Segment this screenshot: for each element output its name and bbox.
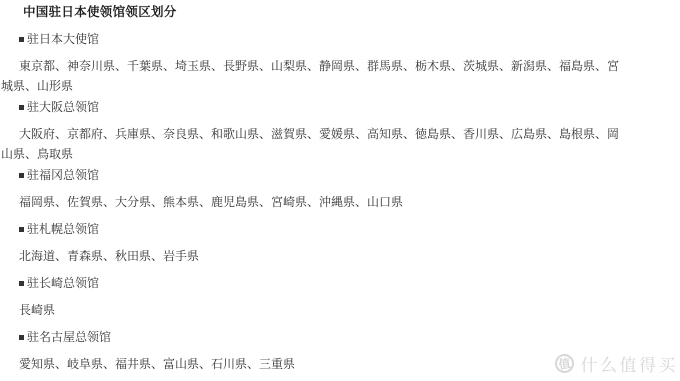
consulate-name: 驻日本大使馆 bbox=[27, 32, 99, 46]
consulate-section: 驻福冈总领馆 福岡県、佐賀県、大分県、熊本県、鹿児島県、宮崎県、沖縄県、山口県 bbox=[1, 165, 622, 212]
consulate-name: 驻札幌总领馆 bbox=[27, 222, 99, 236]
square-bullet-icon bbox=[19, 173, 24, 178]
jurisdiction-list: 東京都、神奈川県、千葉県、埼玉県、長野県、山梨県、静岡県、群馬県、栃木県、茨城県… bbox=[1, 56, 622, 96]
consulate-name: 驻福冈总领馆 bbox=[27, 168, 99, 182]
smzdm-value-logo-icon: 值 bbox=[553, 352, 575, 374]
square-bullet-icon bbox=[19, 105, 24, 110]
jurisdiction-list: 大阪府、京都府、兵庫県、奈良県、和歌山県、滋賀県、愛媛県、高知県、徳島県、香川県… bbox=[1, 124, 622, 164]
consulate-section: 驻札幌总领馆 北海道、青森県、秋田県、岩手県 bbox=[1, 219, 622, 266]
article-title: 中国驻日本使领馆领区划分 bbox=[1, 2, 622, 22]
square-bullet-icon bbox=[19, 227, 24, 232]
consulate-name: 驻长崎总领馆 bbox=[27, 276, 99, 290]
jurisdiction-list: 長崎県 bbox=[1, 300, 622, 320]
smzdm-watermark: 值 什么值得买 bbox=[555, 351, 679, 376]
consulate-heading: 驻札幌总领馆 bbox=[1, 219, 622, 239]
consulate-heading: 驻名古屋总领馆 bbox=[1, 327, 622, 347]
consulate-heading: 驻大阪总领馆 bbox=[1, 97, 622, 117]
consulate-section: 驻长崎总领馆 長崎県 bbox=[1, 273, 622, 320]
consulate-name: 驻名古屋总领馆 bbox=[27, 330, 111, 344]
watermark-logo-char: 值 bbox=[557, 354, 572, 373]
consulate-section: 驻名古屋总领馆 愛知県、岐阜県、福井県、富山県、石川県、三重県 bbox=[1, 327, 622, 374]
watermark-text: 什么值得买 bbox=[581, 351, 679, 376]
square-bullet-icon bbox=[19, 281, 24, 286]
page: 中国驻日本使领馆领区划分 驻日本大使馆 東京都、神奈川県、千葉県、埼玉県、長野県… bbox=[0, 0, 680, 381]
article-content: 中国驻日本使领馆领区划分 驻日本大使馆 東京都、神奈川県、千葉県、埼玉県、長野県… bbox=[1, 2, 622, 381]
consulate-section: 驻大阪总领馆 大阪府、京都府、兵庫県、奈良県、和歌山県、滋賀県、愛媛県、高知県、… bbox=[1, 97, 622, 164]
consulate-heading: 驻福冈总领馆 bbox=[1, 165, 622, 185]
jurisdiction-list: 福岡県、佐賀県、大分県、熊本県、鹿児島県、宮崎県、沖縄県、山口県 bbox=[1, 192, 622, 212]
square-bullet-icon bbox=[19, 37, 24, 42]
jurisdiction-list: 北海道、青森県、秋田県、岩手県 bbox=[1, 246, 622, 266]
consulate-heading: 驻日本大使馆 bbox=[1, 29, 622, 49]
consulate-name: 驻大阪总领馆 bbox=[27, 100, 99, 114]
square-bullet-icon bbox=[19, 335, 24, 340]
jurisdiction-list: 愛知県、岐阜県、福井県、富山県、石川県、三重県 bbox=[1, 354, 622, 374]
sections-container: 驻日本大使馆 東京都、神奈川県、千葉県、埼玉県、長野県、山梨県、静岡県、群馬県、… bbox=[1, 29, 622, 374]
consulate-heading: 驻长崎总领馆 bbox=[1, 273, 622, 293]
consulate-section: 驻日本大使馆 東京都、神奈川県、千葉県、埼玉県、長野県、山梨県、静岡県、群馬県、… bbox=[1, 29, 622, 96]
